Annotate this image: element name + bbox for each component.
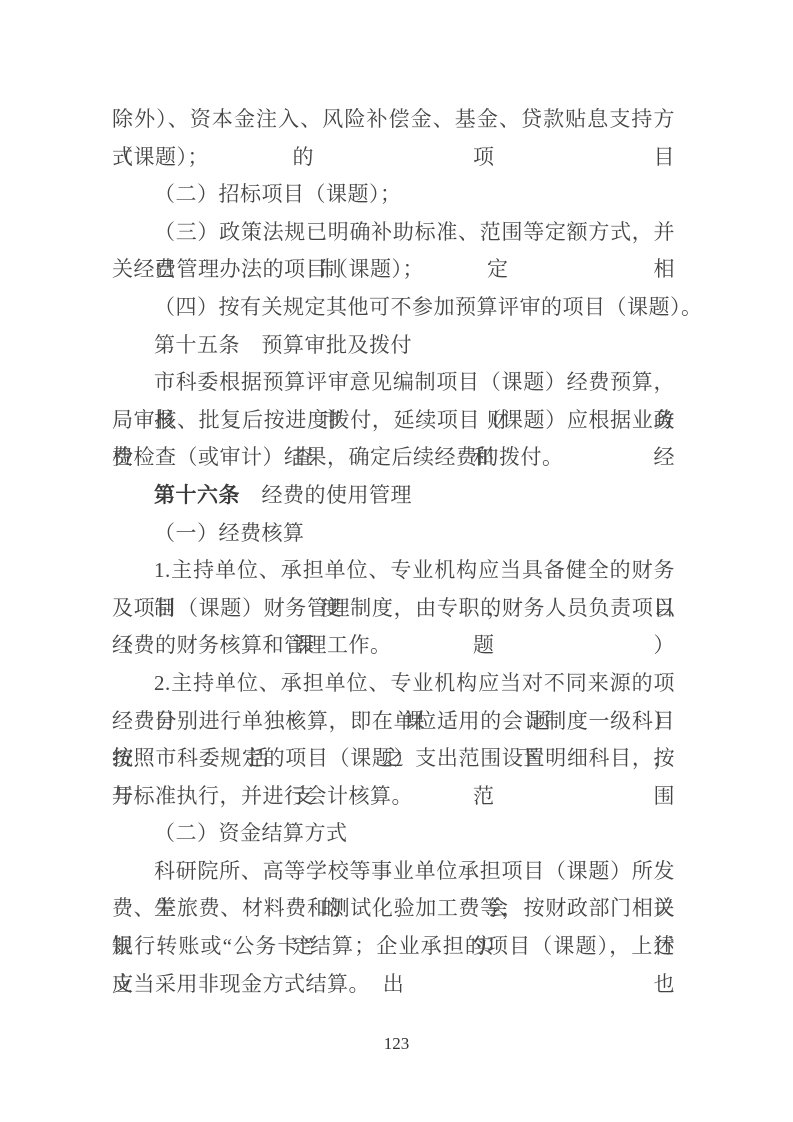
text-line: 市科委根据预算评审意见编制项目（课题）经费预算，报市财政 [112,364,675,402]
list-item-2: （二）招标项目（课题）； [112,176,675,214]
text-line: 银行转账或“公务卡”结算；企业承担的项目（课题），上述支出也 [112,928,675,966]
section-2-heading: （二）资金结算方式 [112,815,675,853]
article-15-heading: 第十五条 预算审批及拨付 [112,327,675,365]
page-number: 123 [0,1034,793,1054]
text-line: 科研院所、高等学校等事业单位承担项目（课题）所发生的会议 [112,853,675,891]
document-body-text: 除外）、资本金注入、风险补偿金、基金、贷款贴息支持方式的项目 （课题）； （二）… [112,101,675,1003]
text-line: 费、差旅费、材料费和测试化验加工费等，按财政部门相关规定实行 [112,890,675,928]
article-16-heading: 第十六条 经费的使用管理 [112,477,675,515]
list-item-4: （四）按有关规定其他可不参加预算评审的项目（课题）。 [112,289,675,327]
article-16-number: 第十六条 [154,483,240,507]
section-1-heading: （一）经费核算 [112,515,675,553]
list-item-3: （三）政策法规已明确补助标准、范围等定额方式，并已制定相 [112,214,675,252]
article-16-title: 经费的使用管理 [240,483,412,507]
text-line: 除外）、资本金注入、风险补偿金、基金、贷款贴息支持方式的项目 [112,101,675,139]
text-line: 经费分别进行单独核算，即在单位适用的会计制度一级科目统括之下， [112,703,675,741]
document-page: 除外）、资本金注入、风险补偿金、基金、贷款贴息支持方式的项目 （课题）； （二）… [0,0,793,1122]
text-line: 局审核、批复后按进度拨付，延续项目（课题）应根据业务检查和经 [112,402,675,440]
text-line: 1.主持单位、承担单位、专业机构应当具备健全的财务制度，以 [112,552,675,590]
text-line: 及项目（课题）财务管理制度，由专职的财务人员负责项目（课题） [112,590,675,628]
text-line: 按照市科委规定的项目（课题）支出范围设置明细科目，按开支范围 [112,740,675,778]
text-line: 2.主持单位、承担单位、专业机构应当对不同来源的项目（课题） [112,665,675,703]
